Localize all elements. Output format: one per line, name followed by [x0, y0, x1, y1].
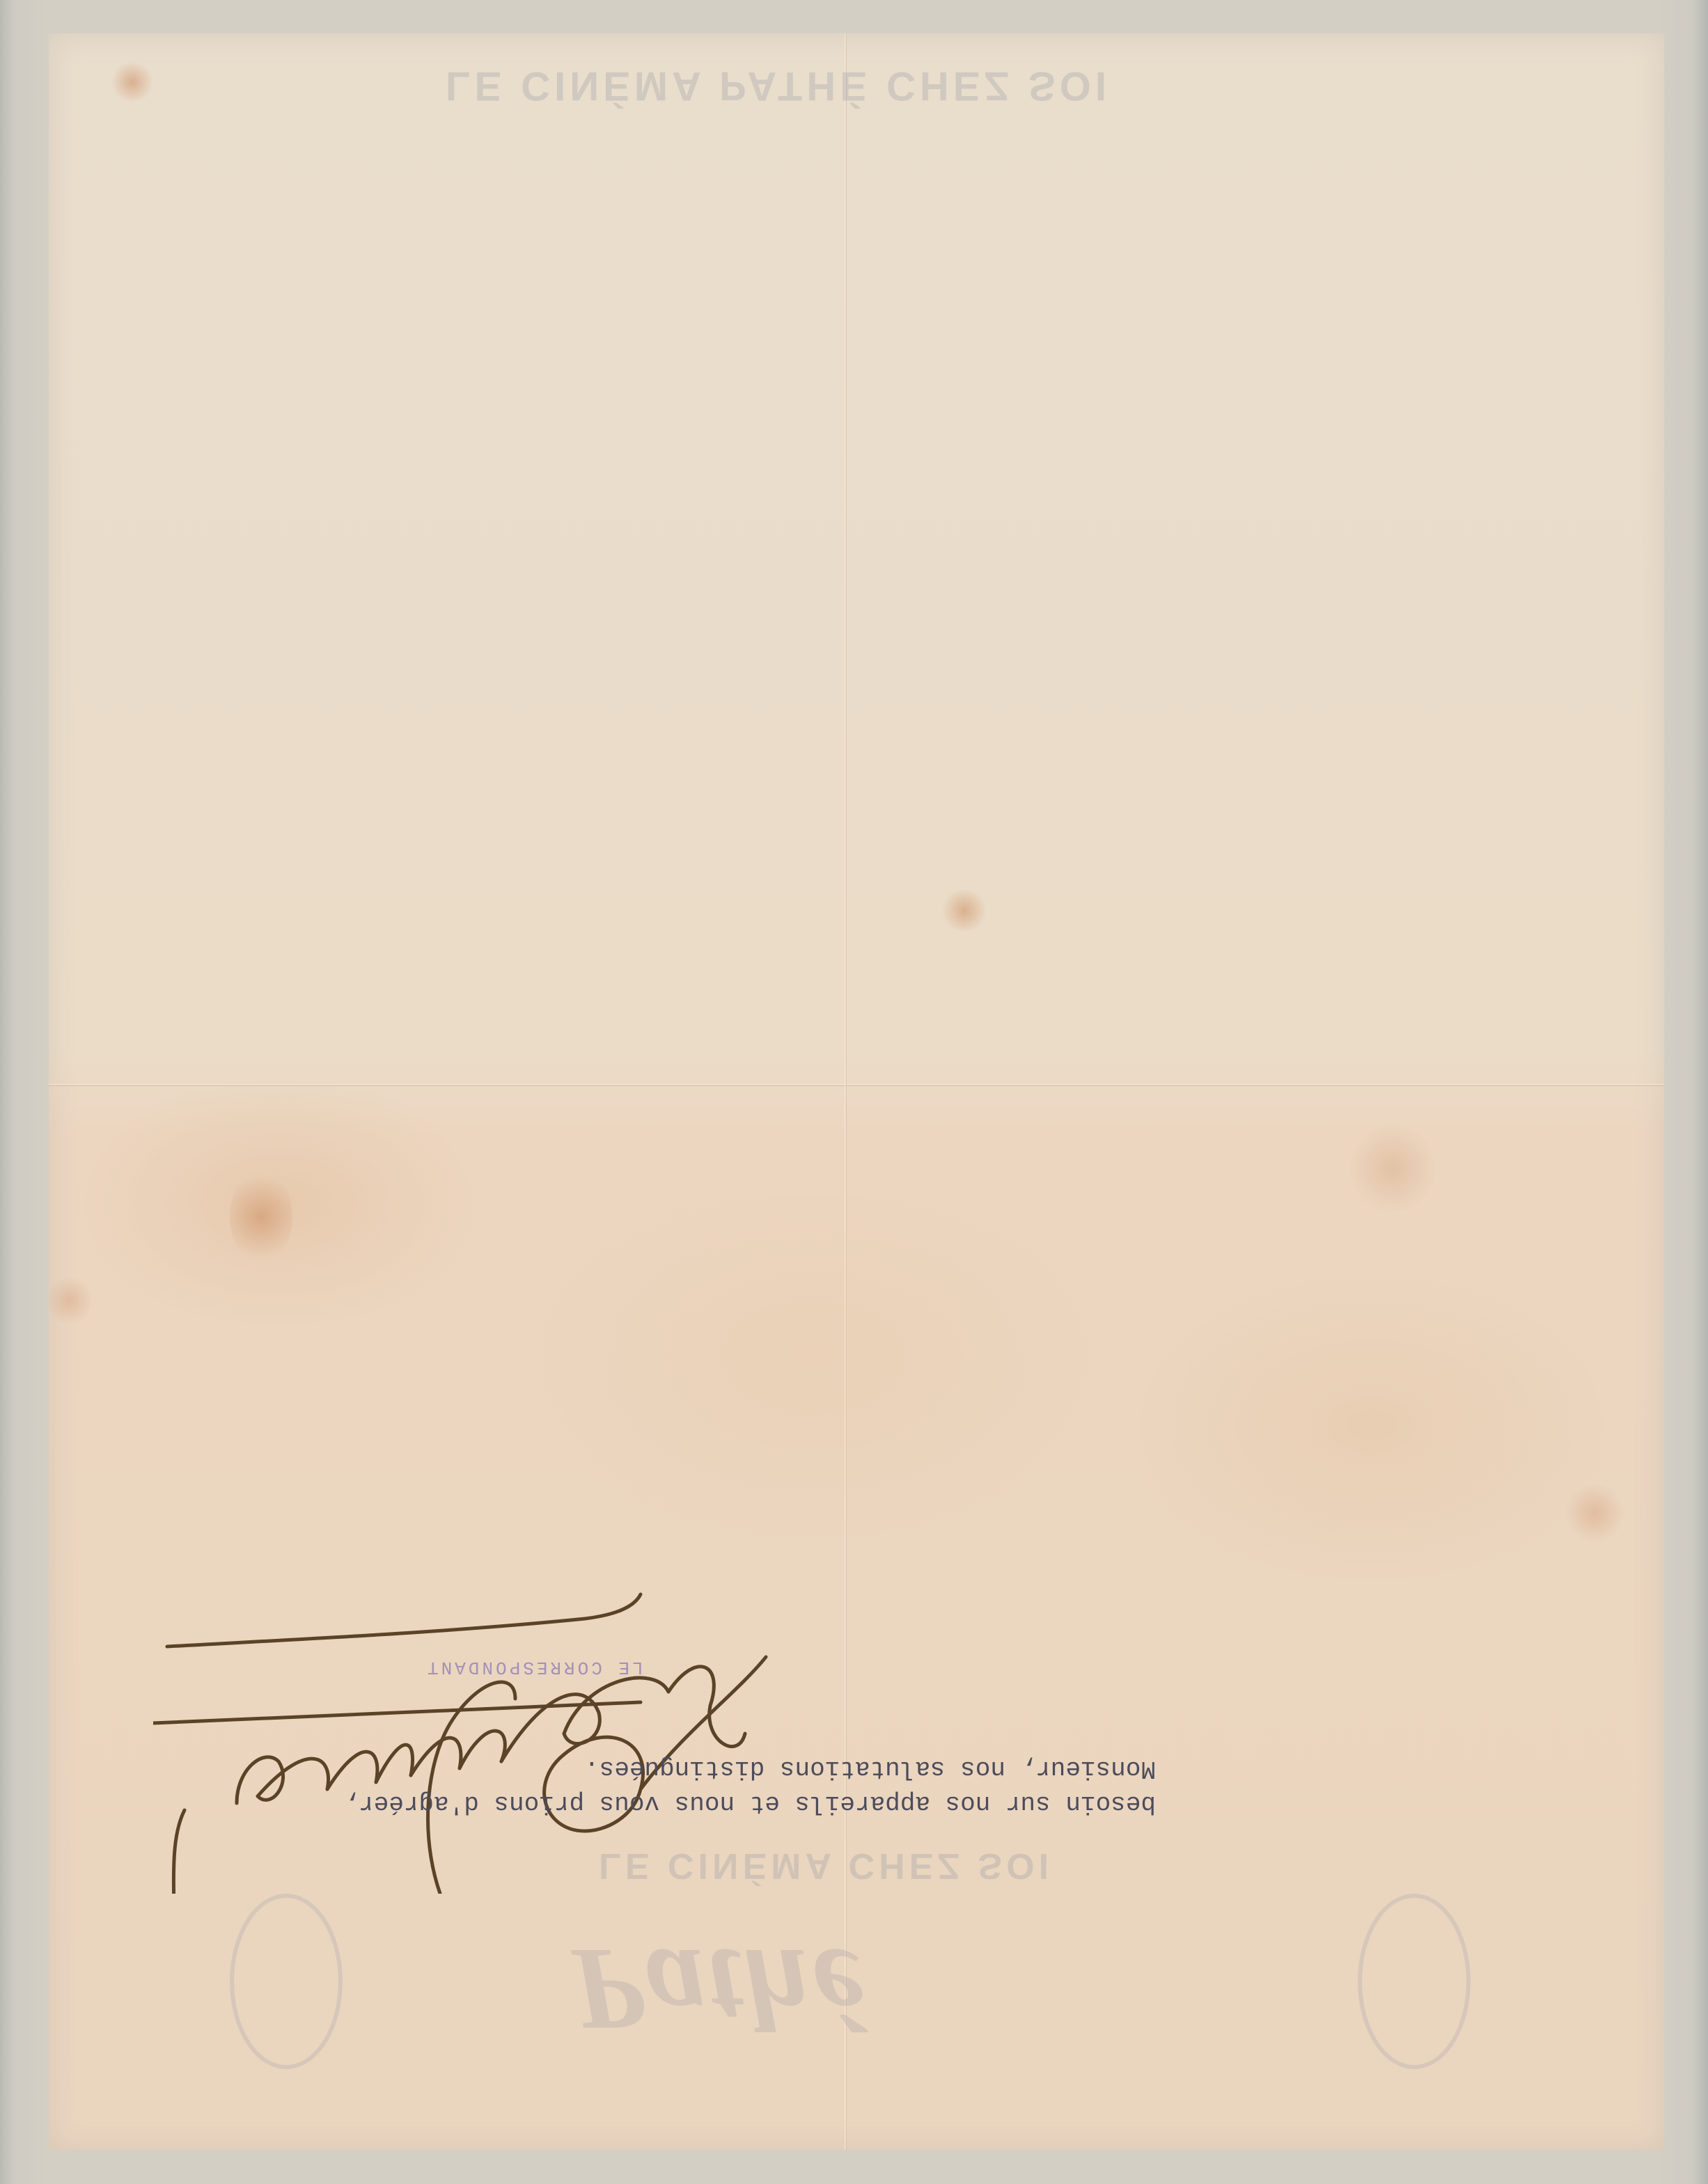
rooster-emblem-left-icon [230, 1894, 343, 2069]
foxing-stain [111, 61, 153, 103]
foxing-stain [1351, 1120, 1434, 1217]
foxing-stain [1567, 1482, 1622, 1544]
rooster-emblem-right-icon [1358, 1894, 1471, 2069]
foxing-stain [49, 1273, 91, 1328]
typed-line: Monsieur, nos salutations distinguées. [181, 1751, 1156, 1786]
letterhead-bleed-brand: Pathé [571, 1922, 868, 2057]
letter-closing-text: besoin sur nos appareils et nous vous pr… [181, 1751, 1156, 1821]
horizontal-fold-line [49, 1084, 1664, 1086]
foxing-stain [940, 890, 989, 932]
typed-line: besoin sur nos appareils et nous vous pr… [181, 1786, 1156, 1821]
handwritten-signature [153, 1580, 780, 1894]
vertical-fold-line [845, 33, 847, 2150]
foxing-stain [230, 1168, 292, 1266]
letterhead-bleed-header: LE CINÉMA PATHÉ CHEZ SOI [446, 63, 1111, 109]
